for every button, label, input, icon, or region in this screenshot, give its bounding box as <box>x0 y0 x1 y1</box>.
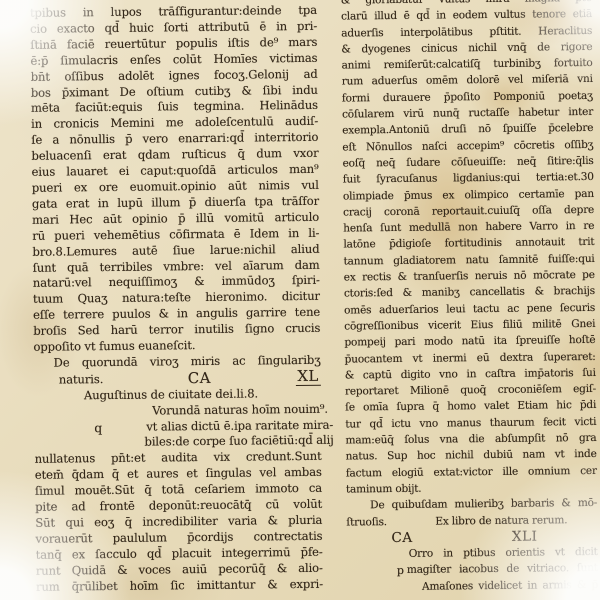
guide-letter: q <box>94 421 102 437</box>
heading-segment: naturis. <box>59 372 104 388</box>
text-column-left: tpibus in lupos trāſfigurantur:deinde tp… <box>30 3 323 596</box>
heading-segment: CA <box>391 530 412 547</box>
guide-letter: p <box>397 563 404 579</box>
text-line: rum q̄rūlibet hoīm ſic imittantur & expr… <box>36 576 323 595</box>
text-column-right: & gloriabatur vultus mira magnā pteclarū… <box>341 0 598 596</box>
text-line: Amaſones videlicet in armis & p̄ <box>347 577 598 596</box>
heading-segment: ſtruoſis. <box>346 514 387 531</box>
heading-segment: XLI <box>512 528 538 545</box>
book-page-scan: tpibus in lupos trāſfigurantur:deinde tp… <box>0 0 600 600</box>
page-text-block: tpibus in lupos trāſfigurantur:deinde tp… <box>0 0 600 600</box>
heading-segment: XL <box>295 369 321 386</box>
heading-segment: Ex libro de natura rerum. <box>435 512 567 530</box>
heading-segment: CA <box>188 371 211 387</box>
